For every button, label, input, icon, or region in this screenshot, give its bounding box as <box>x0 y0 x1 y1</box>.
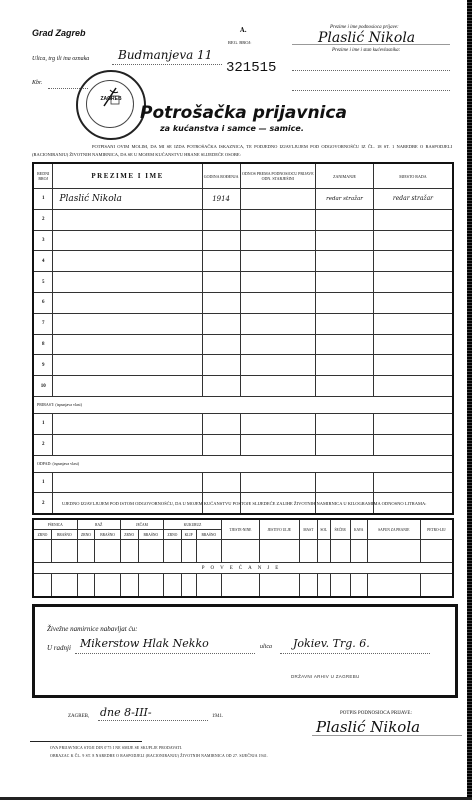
person-workplace[interactable] <box>373 434 453 455</box>
person-birth-year[interactable] <box>202 413 240 434</box>
person-relation[interactable] <box>240 209 316 230</box>
stock-cell[interactable] <box>95 574 121 598</box>
person-relation[interactable] <box>240 472 316 493</box>
person-name[interactable] <box>53 251 202 272</box>
person-relation[interactable] <box>240 334 316 355</box>
person-name[interactable] <box>53 272 202 293</box>
person-occupation[interactable] <box>316 272 374 293</box>
reg-number-label: REG. BROJ: <box>228 40 252 45</box>
person-birth-year[interactable] <box>202 376 240 397</box>
person-name[interactable] <box>53 434 202 455</box>
archive-stamp: DRŽAVNI ARHIV U ZAGREBU <box>291 674 360 679</box>
shop-value[interactable]: Mikerstow Hlak Nekko <box>80 637 209 650</box>
table-row: 5 <box>33 272 453 293</box>
supply-street-value[interactable]: Jokiev. Trg. 6. <box>293 637 370 650</box>
scan-edge-right <box>467 0 472 800</box>
increase-row-header: POVEĆANJE <box>33 563 453 574</box>
stock-cell[interactable] <box>33 574 52 598</box>
row-number: 6 <box>33 292 53 313</box>
person-workplace[interactable] <box>373 272 453 293</box>
person-relation[interactable] <box>240 272 316 293</box>
person-workplace[interactable] <box>373 413 453 434</box>
person-birth-year[interactable]: 1914 <box>202 189 240 210</box>
person-workplace[interactable] <box>373 376 453 397</box>
stock-cell[interactable] <box>181 540 196 563</box>
person-occupation[interactable] <box>316 230 374 251</box>
row-number: 3 <box>33 230 53 251</box>
person-birth-year[interactable] <box>202 230 240 251</box>
row-number: 10 <box>33 376 53 397</box>
person-relation[interactable] <box>240 189 316 210</box>
stock-cell[interactable] <box>299 574 317 598</box>
col-header-relation: ODNOS PREMA PODNOSIOCU PRIJAVE ODN. STAR… <box>240 163 316 189</box>
signature-line <box>312 735 462 736</box>
sub-barley-grain: ZRNO <box>120 530 138 540</box>
sub-corn-flour: BRAŠNO <box>196 530 222 540</box>
stock-cell[interactable] <box>52 540 78 563</box>
stock-cell[interactable] <box>95 540 121 563</box>
signature-value[interactable]: Plaslić Nikola <box>316 718 420 736</box>
person-occupation[interactable] <box>316 209 374 230</box>
stock-cell[interactable] <box>120 540 138 563</box>
person-relation[interactable] <box>240 413 316 434</box>
person-name[interactable] <box>53 413 202 434</box>
table-row: 10 <box>33 376 453 397</box>
stock-cell[interactable] <box>330 574 350 598</box>
row-number: 9 <box>33 355 53 376</box>
increase-label: PRIRAST: (ispunjava vlast) <box>33 396 453 413</box>
regulation-note: OBRAZAC K ČL. 9 ST. 8 NAREDBE O RASPODJE… <box>50 754 268 758</box>
person-birth-year[interactable] <box>202 355 240 376</box>
stock-cell[interactable] <box>259 540 299 563</box>
house-number-label: Kbr. <box>32 80 42 86</box>
person-occupation[interactable] <box>316 434 374 455</box>
person-name[interactable] <box>53 209 202 230</box>
col-sugar: ŠEĆER <box>330 519 350 540</box>
sub-wheat-grain: ZRNO <box>33 530 52 540</box>
person-occupation[interactable] <box>316 376 374 397</box>
person-name[interactable] <box>53 355 202 376</box>
person-birth-year[interactable] <box>202 292 240 313</box>
person-name[interactable] <box>53 472 202 493</box>
col-soap: SAPUN ZA PRANJE <box>367 519 420 540</box>
row-number: 5 <box>33 272 53 293</box>
increase-label: POVEĆANJE <box>33 563 453 574</box>
stock-group-header: PŠENICA RAŽ JEČAM KUKURUZ TJESTE-NINE JE… <box>33 519 453 530</box>
table-row: 2 <box>33 209 453 230</box>
person-occupation[interactable] <box>316 251 374 272</box>
stock-cell[interactable] <box>164 540 182 563</box>
person-workplace[interactable] <box>373 292 453 313</box>
row-number: 2 <box>33 209 53 230</box>
person-birth-year[interactable] <box>202 472 240 493</box>
person-workplace[interactable] <box>373 251 453 272</box>
stock-cell[interactable] <box>196 540 222 563</box>
year-label: 1941. <box>212 714 223 719</box>
person-birth-year[interactable] <box>202 251 240 272</box>
sub-corn-cob: KLIP <box>181 530 196 540</box>
reg-number: 321515 <box>226 60 276 76</box>
stock-cell[interactable] <box>138 574 164 598</box>
price-note: OVA PRIJAVNICA STOJI DIN 0'75 I NE SMIJE… <box>50 746 182 750</box>
row-number: 1 <box>33 189 53 210</box>
table-row: 4 <box>33 251 453 272</box>
head-of-household-line-2 <box>292 90 450 91</box>
stock-cell[interactable] <box>330 540 350 563</box>
place-label: ZAGREB, <box>68 714 89 719</box>
stock-cell[interactable] <box>138 540 164 563</box>
supply-street-label: ulica <box>260 644 272 650</box>
decrease-section-header: ODPAD: (ispunjava vlast) <box>33 455 453 472</box>
stock-cell[interactable] <box>120 574 138 598</box>
sub-wheat-flour: BRAŠNO <box>52 530 78 540</box>
person-relation[interactable] <box>240 251 316 272</box>
increase-section-header: PRIRAST: (ispunjava vlast) <box>33 396 453 413</box>
person-workplace[interactable] <box>373 230 453 251</box>
person-occupation[interactable] <box>316 334 374 355</box>
sub-rye-flour: BRAŠNO <box>95 530 121 540</box>
supply-street-line <box>280 653 430 654</box>
table-row: 1 Plaslić Nikola 1914 redar stražar reda… <box>33 189 453 210</box>
table-row: 1 <box>33 413 453 434</box>
head-of-household-label: Prezime i ime i stan kućevlasnika: <box>332 48 400 53</box>
sub-rye-grain: ZRNO <box>77 530 95 540</box>
street-line <box>112 64 222 65</box>
stock-cell[interactable] <box>222 540 260 563</box>
person-workplace[interactable] <box>373 209 453 230</box>
group-wheat: PŠENICA <box>33 519 77 530</box>
col-pasta: TJESTE-NINE <box>222 519 260 540</box>
person-occupation[interactable] <box>316 413 374 434</box>
stock-cell[interactable] <box>181 574 196 598</box>
intro-declaration: POTPISANI OVIM MOLIM, DA MI SE IZDA POTR… <box>32 143 452 159</box>
stock-increase-row <box>33 574 453 598</box>
row-number: 8 <box>33 334 53 355</box>
stock-cell[interactable] <box>52 574 78 598</box>
person-occupation[interactable] <box>316 472 374 493</box>
stock-table: PŠENICA RAŽ JEČAM KUKURUZ TJESTE-NINE JE… <box>32 518 454 598</box>
person-name[interactable] <box>53 313 202 334</box>
stock-cell[interactable] <box>259 574 299 598</box>
stock-declaration: UJEDNO IZJAVLJUJEM POD ISTOM ODGOVORNOŠĆ… <box>32 500 452 508</box>
signature-label: POTPIS PODNOSIOCA PRIJAVE: <box>340 711 412 716</box>
person-relation[interactable] <box>240 230 316 251</box>
stock-cell[interactable] <box>420 574 453 598</box>
person-name[interactable]: Plaslić Nikola <box>53 189 202 210</box>
table-row: 2 <box>33 434 453 455</box>
official-stamp: ZAGREB <box>76 70 146 140</box>
coat-of-arms-icon <box>100 86 122 108</box>
row-number: 2 <box>33 434 53 455</box>
table-row: 1 <box>33 472 453 493</box>
form-title: Potrošačka prijavnica <box>140 103 347 123</box>
person-name[interactable] <box>53 376 202 397</box>
col-lard: MAST <box>299 519 317 540</box>
person-birth-year[interactable] <box>202 272 240 293</box>
supply-intro-label: Živežne namirnice nabavljat ću: <box>47 625 137 633</box>
person-relation[interactable] <box>240 313 316 334</box>
person-name[interactable] <box>53 230 202 251</box>
stock-cell[interactable] <box>222 574 260 598</box>
table-row: 8 <box>33 334 453 355</box>
persons-table-header: REDNI BROJ PREZIME I IME GODINA ROĐENJA … <box>33 163 453 189</box>
stock-cell[interactable] <box>350 540 367 563</box>
table-row: 9 <box>33 355 453 376</box>
row-number: 1 <box>33 413 53 434</box>
date-value[interactable]: dne 8-III- <box>100 706 152 719</box>
stock-cell[interactable] <box>77 574 95 598</box>
table-row: 6 <box>33 292 453 313</box>
footer-divider <box>30 741 142 742</box>
supply-shop-box: Živežne namirnice nabavljat ću: U radnji… <box>32 604 458 698</box>
person-workplace[interactable] <box>373 334 453 355</box>
person-occupation[interactable] <box>316 292 374 313</box>
person-birth-year[interactable] <box>202 313 240 334</box>
col-header-occupation: ZANIMANJE <box>316 163 374 189</box>
stock-cell[interactable] <box>420 540 453 563</box>
person-relation[interactable] <box>240 355 316 376</box>
person-occupation[interactable] <box>316 313 374 334</box>
col-header-no: REDNI BROJ <box>33 163 53 189</box>
person-workplace[interactable] <box>373 355 453 376</box>
stock-values-row <box>33 540 453 563</box>
stock-cell[interactable] <box>33 540 52 563</box>
person-relation[interactable] <box>240 434 316 455</box>
person-birth-year[interactable] <box>202 209 240 230</box>
stock-cell[interactable] <box>317 540 330 563</box>
applicant-name-line <box>292 44 450 45</box>
person-relation[interactable] <box>240 376 316 397</box>
group-barley: JEČAM <box>120 519 163 530</box>
sub-barley-flour: BRAŠNO <box>138 530 164 540</box>
form-letter: A. <box>240 27 247 34</box>
table-row: 7 <box>33 313 453 334</box>
ration-registration-form: Grad Zagreb Ulica, trg ili ina oznaka Bu… <box>0 0 472 800</box>
person-relation[interactable] <box>240 292 316 313</box>
sub-corn-grain: ZRNO <box>164 530 182 540</box>
shop-label: U radnji <box>47 644 71 652</box>
stock-cell[interactable] <box>196 574 222 598</box>
stock-cell[interactable] <box>317 574 330 598</box>
row-number: 4 <box>33 251 53 272</box>
person-occupation[interactable] <box>316 355 374 376</box>
persons-table: REDNI BROJ PREZIME I IME GODINA ROĐENJA … <box>32 162 454 515</box>
stock-cell[interactable] <box>77 540 95 563</box>
decrease-label: ODPAD: (ispunjava vlast) <box>33 455 453 472</box>
stock-cell[interactable] <box>299 540 317 563</box>
col-edible-oil: JESTIVO ULJE <box>259 519 299 540</box>
group-corn: KUKURUZ <box>164 519 222 530</box>
person-workplace[interactable] <box>373 472 453 493</box>
row-number: 1 <box>33 472 53 493</box>
person-name[interactable] <box>53 334 202 355</box>
col-salt: SOL <box>317 519 330 540</box>
street-label: Ulica, trg ili ina oznaka <box>32 56 89 62</box>
shop-line <box>75 653 255 654</box>
col-header-workplace: MJESTO RADA <box>373 163 453 189</box>
street-value[interactable]: Budmanjeva 11 <box>118 48 212 62</box>
col-header-name: PREZIME I IME <box>53 163 202 189</box>
stock-cell[interactable] <box>367 574 420 598</box>
stock-cell[interactable] <box>164 574 182 598</box>
group-rye: RAŽ <box>77 519 120 530</box>
table-row: 3 <box>33 230 453 251</box>
form-subtitle: za kućanstva i samce — samice. <box>160 124 304 133</box>
person-name[interactable] <box>53 292 202 313</box>
person-birth-year[interactable] <box>202 334 240 355</box>
person-workplace[interactable]: redar stražar <box>373 189 453 210</box>
row-number: 7 <box>33 313 53 334</box>
person-workplace[interactable] <box>373 313 453 334</box>
person-birth-year[interactable] <box>202 434 240 455</box>
col-petroleum: PETRO-LEJ <box>420 519 453 540</box>
col-header-birth-year: GODINA ROĐENJA <box>202 163 240 189</box>
head-of-household-line-1 <box>292 70 450 71</box>
date-line <box>98 720 208 721</box>
stock-cell[interactable] <box>350 574 367 598</box>
stock-cell[interactable] <box>367 540 420 563</box>
person-occupation[interactable]: redar stražar <box>316 189 374 210</box>
city-name: Grad Zagreb <box>32 28 86 38</box>
col-coffee: KAVA <box>350 519 367 540</box>
